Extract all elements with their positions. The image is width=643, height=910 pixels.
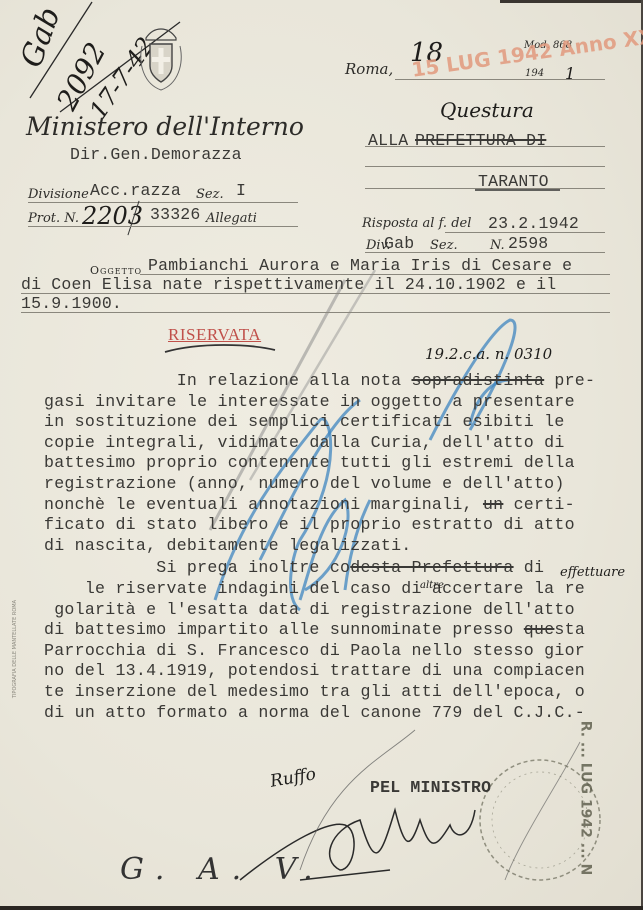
address-struck: PREFETTURA DI <box>415 131 546 150</box>
handwritten-reference: 19.2.c.a. n. 0310 <box>425 345 552 363</box>
year-printed: 194 <box>525 68 544 79</box>
body-line: ficato di stato libero e il proprio estr… <box>44 515 575 534</box>
round-stamp-text: R. ... LUG 1942 ... N <box>577 721 593 876</box>
divisione-label: Divisione <box>28 187 89 202</box>
sez-right-label: Sez. <box>430 238 458 253</box>
savoy-coat-of-arms-icon <box>138 24 184 94</box>
marginal-insertion: effettuare <box>560 565 625 580</box>
sez-value: I <box>236 181 246 200</box>
marginal-insertion: altre <box>420 580 444 591</box>
signature-initials: G. A. V. <box>120 852 325 887</box>
signatory-label: PEL MINISTRO <box>370 778 491 797</box>
oggetto-line-1: Pambianchi Aurora e Maria Iris di Cesare… <box>148 256 572 275</box>
n-label: N. <box>490 238 505 253</box>
side-margin-print: TIPOGRAFIA DELLE MANTELLATE ROMA <box>12 600 18 698</box>
body-line: Si prega inoltre codesta Prefettura di <box>44 558 544 577</box>
body-line: copie integrali, vidimate dalla Curia, d… <box>44 433 565 452</box>
sez-label: Sez. <box>196 187 224 202</box>
oggetto-line-2: di Coen Elisa nate rispettivamente il 24… <box>21 275 556 294</box>
body-line: di un atto formato a norma del canone 77… <box>44 703 585 722</box>
div-value: Gab <box>384 234 414 253</box>
n-value: 2598 <box>508 234 548 253</box>
body-line: nonchè le eventuali annotazioni marginal… <box>44 495 575 514</box>
ministry-name: Ministero dell'Interno <box>26 112 304 141</box>
body-line: no del 13.4.1919, potendosi trattare di … <box>44 661 585 680</box>
body-line: In relazione alla nota sopradistinta pre… <box>44 371 595 390</box>
classification-label: RISERVATA <box>168 325 261 345</box>
risposta-value: 23.2.1942 <box>488 214 579 233</box>
directorate: Dir.Gen.Demorazza <box>70 145 242 164</box>
year-hand: 1 <box>565 64 575 83</box>
body-line: golarità e l'esatta data di registrazion… <box>44 600 575 619</box>
body-line: di nascita, debitamente legalizzati. <box>44 536 411 555</box>
struck-text: un <box>483 495 503 514</box>
struck-text: que <box>524 620 555 639</box>
divisione-value: Acc.razza <box>90 181 181 200</box>
body-line: battesimo proprio contenente tutti gli e… <box>44 453 575 472</box>
address-prefix: ALLA <box>368 131 408 150</box>
oggetto-line-3: 15.9.1900. <box>21 294 122 313</box>
handwritten-questura: Questura <box>440 98 534 122</box>
risposta-label: Risposta al f. del <box>362 216 471 231</box>
struck-text: desta Prefettura <box>350 558 513 577</box>
struck-text: sopradistinta <box>411 371 544 390</box>
body-line: gasi invitare le interessate in oggetto … <box>44 392 575 411</box>
body-line: in sostituzione dei semplici certificati… <box>44 412 565 431</box>
prot-value: 33326 <box>150 205 201 224</box>
body-line: registrazione (anno, numero del volume e… <box>44 474 565 493</box>
body-line: di battesimo impartito alle sunnominate … <box>44 620 585 639</box>
prot-label: Prot. N. <box>28 211 79 226</box>
body-line: te inserzione del medesimo tra gli atti … <box>44 682 585 701</box>
place-label: Roma, <box>345 60 393 78</box>
body-line: Parrocchia di S. Francesco di Paola nell… <box>44 641 585 660</box>
allegati-label: Allegati <box>206 211 257 226</box>
body-line: le riservate indagini del caso di accert… <box>44 579 585 598</box>
